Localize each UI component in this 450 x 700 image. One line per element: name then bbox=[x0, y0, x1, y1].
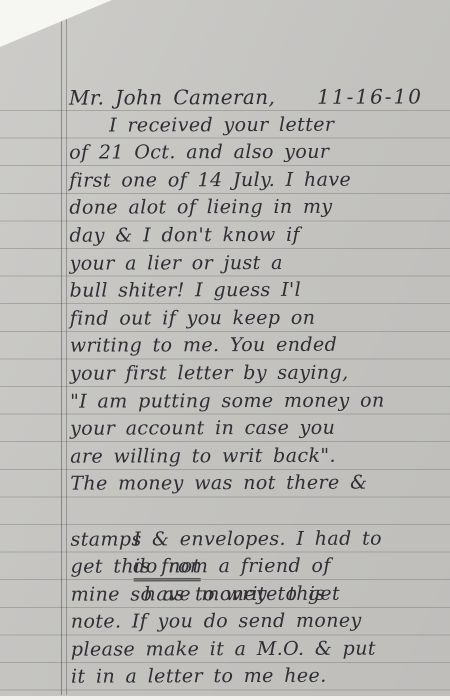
letter-line: note. If you do send money bbox=[71, 608, 447, 637]
letter-line: writing to me. You ended bbox=[70, 332, 446, 361]
letter-line: bull shiter! I guess I'l bbox=[70, 277, 446, 306]
letter-line: day & I don't know if bbox=[69, 221, 445, 250]
letter-line: it in a letter to me hee. bbox=[71, 663, 447, 692]
letter-line: your account in case you bbox=[70, 414, 446, 443]
corner-fold bbox=[0, 0, 112, 47]
recipient-name: Mr. John Cameran, bbox=[69, 84, 275, 112]
letter-heading: Mr. John Cameran, 11-16-10 bbox=[69, 83, 445, 112]
letter-line: "I am putting some money on bbox=[70, 387, 446, 416]
letter-line: find out if you keep on bbox=[70, 304, 446, 333]
letter-line: stamps & envelopes. I had to bbox=[70, 525, 446, 554]
letter-line: get this from a friend of bbox=[71, 552, 447, 581]
letter-line: I received your letter bbox=[69, 111, 445, 140]
letter-line: I do not have money to get bbox=[70, 497, 446, 526]
letter-body: Mr. John Cameran, 11-16-10 I received yo… bbox=[69, 83, 447, 691]
letter-line: of 21 Oct. and also your bbox=[69, 139, 445, 168]
scan-bottom-edge bbox=[0, 696, 450, 700]
margin-line bbox=[61, 0, 67, 695]
letter-line: mine so as to write this bbox=[71, 580, 447, 609]
scanned-handwritten-letter: Mr. John Cameran, 11-16-10 I received yo… bbox=[0, 0, 450, 700]
letter-line: first one of 14 July. I have bbox=[69, 166, 445, 195]
letter-line: please make it a M.O. & put bbox=[71, 635, 447, 664]
letter-line: are willing to writ back". bbox=[70, 442, 446, 471]
letter-line: your first letter by saying, bbox=[70, 359, 446, 388]
letter-line: done alot of lieing in my bbox=[69, 194, 445, 223]
letter-line: your a lier or just a bbox=[70, 249, 446, 278]
letter-line: The money was not there & bbox=[70, 470, 446, 499]
letter-date: 11-16-10 bbox=[317, 83, 423, 111]
